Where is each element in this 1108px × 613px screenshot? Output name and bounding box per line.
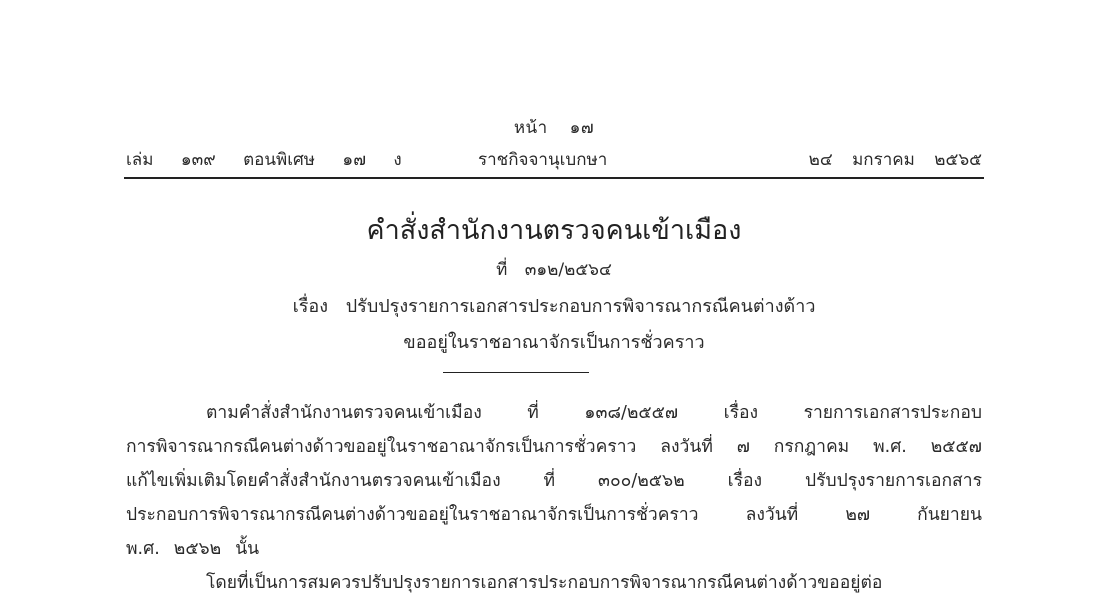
paragraph-line: ตามคำสั่งสำนักงานตรวจคนเข้าเมือง ที่ ๑๓๘… — [206, 398, 982, 428]
gazette-page: หน้า ๑๗ เล่ม ๑๓๙ ตอนพิเศษ ๑๗ ง ราชกิจจาน… — [0, 0, 1108, 613]
date-year: ๒๕๖๕ — [934, 150, 982, 170]
page-number-value: ๑๗ — [570, 118, 595, 138]
paragraph-line: แก้ไขเพิ่มเติมโดยคำสั่งสำนักงานตรวจคนเข้… — [126, 466, 982, 496]
order-number: ที่ ๓๑๒/๒๕๖๔ — [0, 256, 1108, 283]
header-divider — [124, 177, 984, 179]
date-month: มกราคม — [852, 150, 915, 170]
date-day: ๒๔ — [809, 150, 833, 170]
subject-label: เรื่อง — [293, 296, 328, 317]
issue-number: ๑๗ — [342, 150, 366, 170]
gazette-header: เล่ม ๑๓๙ ตอนพิเศษ ๑๗ ง ราชกิจจานุเบกษา ๒… — [126, 146, 982, 172]
order-number-value: ๓๑๒/๒๕๖๔ — [525, 260, 612, 280]
volume-issue: เล่ม ๑๓๙ ตอนพิเศษ ๑๗ ง — [126, 146, 424, 173]
subject-text-1: ปรับปรุงรายการเอกสารประกอบการพิจารณากรณี… — [346, 296, 816, 317]
publication-date: ๒๔ มกราคม ๒๕๖๕ — [795, 146, 982, 173]
paragraph-line: การพิจารณากรณีคนต่างด้าวขออยู่ในราชอาณาจ… — [126, 432, 982, 462]
document-title: คำสั่งสำนักงานตรวจคนเข้าเมือง — [0, 208, 1108, 251]
order-label: ที่ — [496, 260, 507, 280]
paragraph-line: โดยที่เป็นการสมควรปรับปรุงรายการเอกสารปร… — [206, 568, 982, 598]
title-divider — [443, 372, 589, 373]
volume-label: เล่ม — [126, 150, 153, 170]
issue-section: ง — [393, 150, 401, 170]
subject-line-1: เรื่อง ปรับปรุงรายการเอกสารประกอบการพิจา… — [0, 291, 1108, 320]
page-number: หน้า ๑๗ — [0, 114, 1108, 141]
issue-label: ตอนพิเศษ — [243, 150, 315, 170]
subject-line-2: ขออยู่ในราชอาณาจักรเป็นการชั่วคราว — [0, 327, 1108, 356]
paragraph-line: ประกอบการพิจารณากรณีคนต่างด้าวขออยู่ในรา… — [126, 500, 982, 530]
paragraph-line: พ.ศ. ๒๕๖๒ นั้น — [126, 534, 982, 564]
volume-number: ๑๓๙ — [181, 150, 216, 170]
page-label: หน้า — [514, 118, 548, 138]
publication-name: ราชกิจจานุเบกษา — [478, 146, 607, 173]
